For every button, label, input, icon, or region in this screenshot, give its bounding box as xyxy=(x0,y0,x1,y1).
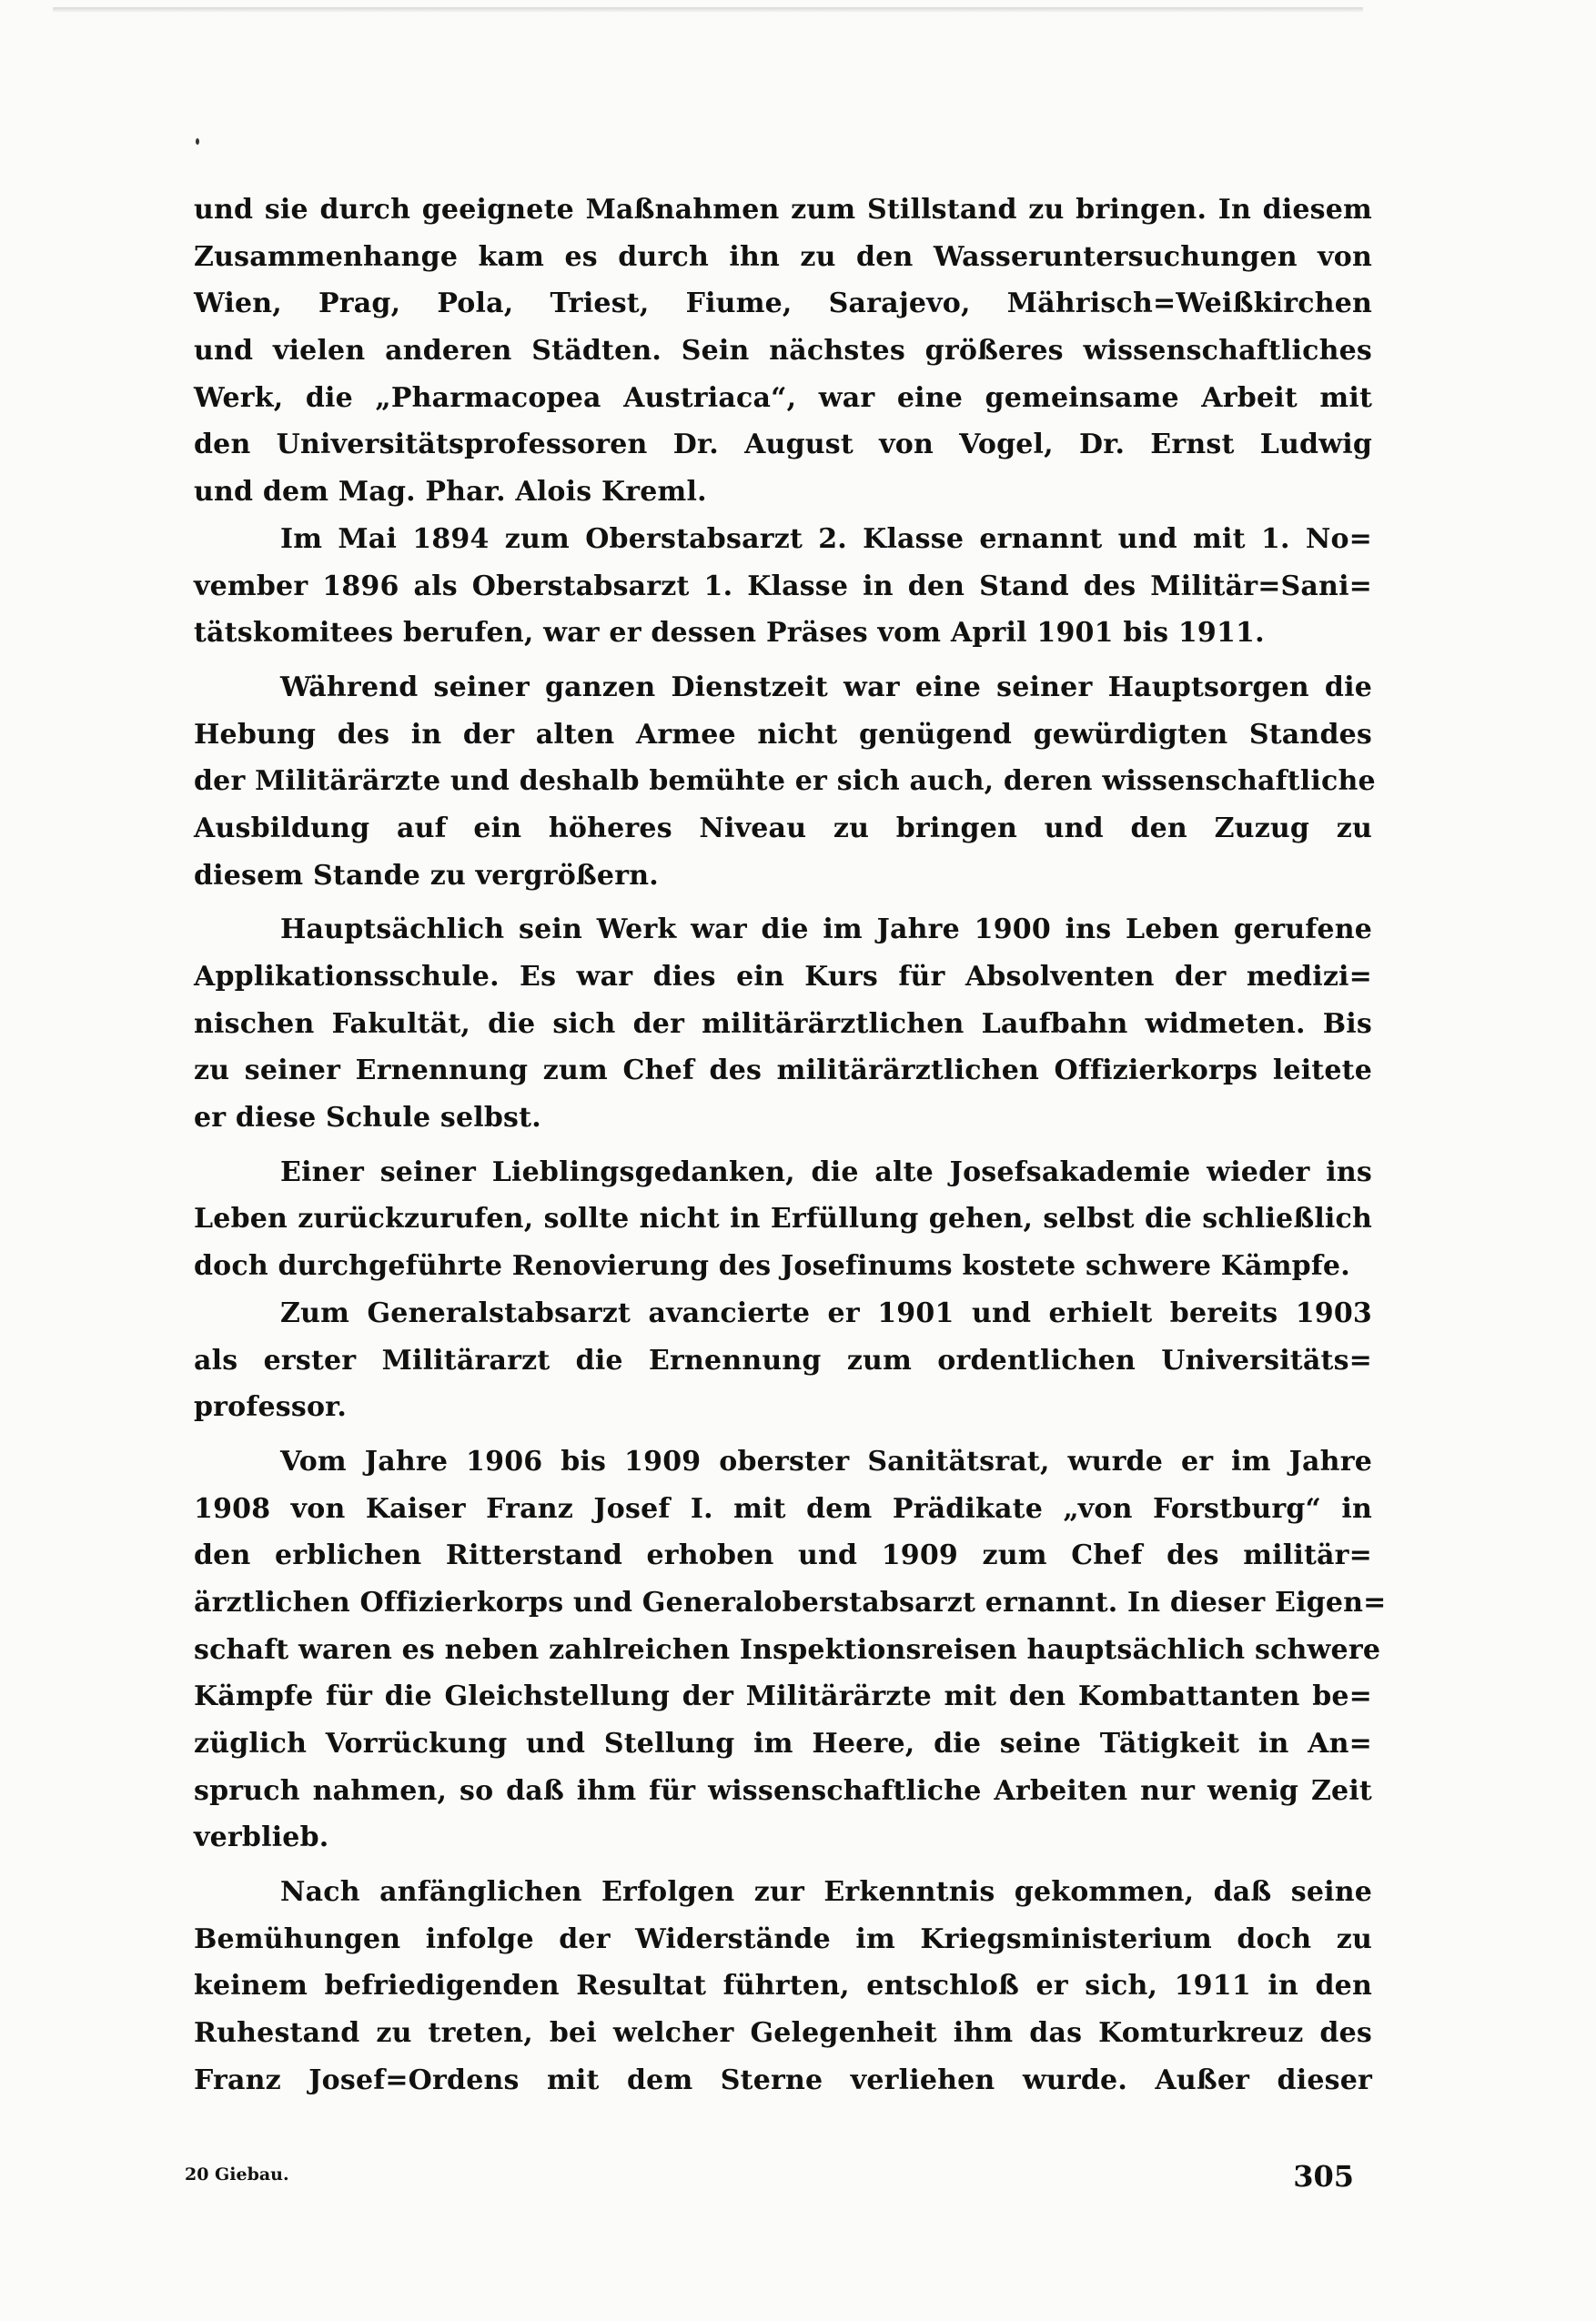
text-line: und dem Mag. Phar. Alois Kreml. xyxy=(194,469,1372,516)
paragraph: Zum Generalstabsarzt avancierte er 1901 … xyxy=(194,1290,1372,1431)
text-line: Vom Jahre 1906 bis 1909 oberster Sanität… xyxy=(194,1438,1372,1486)
paragraph: Hauptsächlich sein Werk war die im Jahre… xyxy=(194,906,1372,1141)
text-line: Hebung des in der alten Armee nicht genü… xyxy=(194,711,1372,759)
text-line: doch durchgeführte Renovierung des Josef… xyxy=(194,1243,1372,1290)
text-line: Hauptsächlich sein Werk war die im Jahre… xyxy=(194,906,1372,954)
text-line: schaft waren es neben zahlreichen Inspek… xyxy=(194,1627,1372,1674)
text-line: züglich Vorrückung und Stellung im Heere… xyxy=(194,1721,1372,1768)
text-line: Zum Generalstabsarzt avancierte er 1901 … xyxy=(194,1290,1372,1337)
text-line: Einer seiner Lieblingsgedanken, die alte… xyxy=(194,1149,1372,1196)
text-line: als erster Militärarzt die Ernennung zum… xyxy=(194,1337,1372,1385)
text-line: zu seiner Ernennung zum Chef des militär… xyxy=(194,1047,1372,1095)
text-line: Werk, die „Pharmacopea Austriaca“, war e… xyxy=(194,375,1372,422)
paragraph: Nach anfänglichen Erfolgen zur Erkenntni… xyxy=(194,1869,1372,2104)
paragraph: Während seiner ganzen Dienstzeit war ein… xyxy=(194,664,1372,899)
text-line: diesem Stande zu vergrößern. xyxy=(194,853,1372,900)
text-line: er diese Schule selbst. xyxy=(194,1095,1372,1142)
text-line: Wien, Prag, Pola, Triest, Fiume, Sarajev… xyxy=(194,280,1372,328)
scan-edge-shadow xyxy=(53,7,1363,13)
text-line: Kämpfe für die Gleichstellung der Militä… xyxy=(194,1673,1372,1721)
text-line: Ausbildung auf ein höheres Niveau zu bri… xyxy=(194,805,1372,853)
paragraph: Vom Jahre 1906 bis 1909 oberster Sanität… xyxy=(194,1438,1372,1862)
dust-speck xyxy=(196,138,199,145)
text-line: Applikationsschule. Es war dies ein Kurs… xyxy=(194,954,1372,1001)
text-line: Zusammenhange kam es durch ihn zu den Wa… xyxy=(194,234,1372,281)
text-line: Im Mai 1894 zum Oberstabsarzt 2. Klasse … xyxy=(194,516,1372,563)
paragraph: Einer seiner Lieblingsgedanken, die alte… xyxy=(194,1149,1372,1290)
body-text: und sie durch geeignete Maßnahmen zum St… xyxy=(194,187,1372,2104)
text-line: keinem befriedigenden Resultat führten, … xyxy=(194,1963,1372,2010)
text-line: Franz Josef=Ordens mit dem Sterne verlie… xyxy=(194,2057,1372,2104)
text-line: und vielen anderen Städten. Sein nächste… xyxy=(194,328,1372,375)
text-line: verblieb. xyxy=(194,1814,1372,1862)
scanned-page: und sie durch geeignete Maßnahmen zum St… xyxy=(0,0,1596,2321)
text-line: vember 1896 als Oberstabsarzt 1. Klasse … xyxy=(194,563,1372,611)
text-line: der Militärärzte und deshalb bemühte er … xyxy=(194,758,1372,805)
text-line: Nach anfänglichen Erfolgen zur Erkenntni… xyxy=(194,1869,1372,1916)
text-line: den erblichen Ritterstand erhoben und 19… xyxy=(194,1532,1372,1579)
signature-mark: 20 Giebau. xyxy=(185,2165,289,2185)
text-line: 1908 von Kaiser Franz Josef I. mit dem P… xyxy=(194,1486,1372,1533)
text-line: Bemühungen infolge der Widerstände im Kr… xyxy=(194,1916,1372,1963)
page-number: 305 xyxy=(1293,2159,1354,2194)
paragraph: und sie durch geeignete Maßnahmen zum St… xyxy=(194,187,1372,516)
text-line: und sie durch geeignete Maßnahmen zum St… xyxy=(194,187,1372,234)
text-line: nischen Fakultät, die sich der militärär… xyxy=(194,1001,1372,1048)
paragraph: Im Mai 1894 zum Oberstabsarzt 2. Klasse … xyxy=(194,516,1372,657)
text-line: Ruhestand zu treten, bei welcher Gelegen… xyxy=(194,2010,1372,2057)
text-line: spruch nahmen, so daß ihm für wissenscha… xyxy=(194,1768,1372,1815)
text-line: Während seiner ganzen Dienstzeit war ein… xyxy=(194,664,1372,711)
text-line: den Universitätsprofessoren Dr. August v… xyxy=(194,421,1372,469)
text-line: ärztlichen Offizierkorps und Generalober… xyxy=(194,1579,1372,1627)
text-line: Leben zurückzurufen, sollte nicht in Erf… xyxy=(194,1196,1372,1243)
text-line: professor. xyxy=(194,1384,1372,1431)
page-footer: 20 Giebau. 305 xyxy=(185,2159,1372,2195)
text-line: tätskomitees berufen, war er dessen Präs… xyxy=(194,610,1372,657)
